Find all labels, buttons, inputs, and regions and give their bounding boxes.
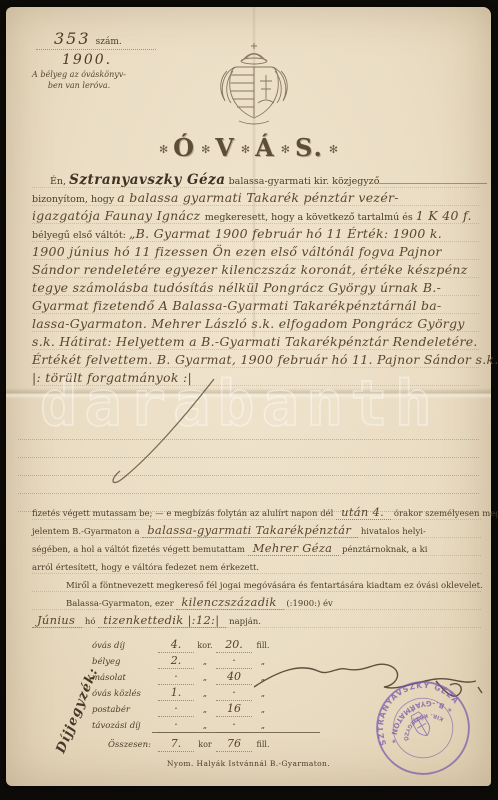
handwritten-segment: Sándor rendeletére egyezer kilenczszáz k…: [32, 262, 468, 277]
text-line: Gyarmat fizetendő A Balassa-Gyarmati Tak…: [32, 296, 479, 314]
handwritten-segment: Gyarmat fizetendő A Balassa-Gyarmati Tak…: [32, 298, 442, 313]
fee-total-label: Összesen:: [108, 738, 158, 753]
blank-rule: [379, 183, 487, 184]
fee-unit-kor: kor: [194, 737, 216, 752]
stamp-duty-note-line2: ben van leróva.: [20, 80, 138, 91]
photo-backdrop: { "photo": { "backdrop_color": "#0d0b08"…: [0, 0, 498, 800]
text-segment: Miről a föntnevezett megkereső fél jogai…: [66, 581, 483, 591]
fee-total-fill: 76: [216, 736, 252, 752]
title-letter: V: [212, 133, 239, 162]
text-line: Miről a föntnevezett megkereső fél jogai…: [32, 574, 481, 592]
pen-stroke: [64, 373, 229, 503]
doc-year: 1900.: [62, 52, 156, 68]
text-segment: órakor személyesen meg-: [391, 509, 498, 519]
text-line: Én, Sztranyavszky Géza balassa-gyarmati …: [32, 170, 479, 188]
text-segment: fizetés végett mutassam be; — e megbízás…: [32, 509, 336, 519]
printer-imprint: Nyom. Halyák Istvánnál B.-Gyarmaton.: [6, 759, 491, 768]
title-letter: Á: [252, 133, 279, 162]
handwritten-segment: balassa-gyarmati Takarékpénztár: [142, 523, 358, 538]
page-title: ✻Ó✻V✻Á✻S.✻: [6, 133, 491, 162]
coat-of-arms-icon: [211, 37, 297, 131]
text-line: bizonyítom, hogy a balassa gyarmati Taka…: [32, 188, 479, 206]
text-line: arról értesített, hogy e váltóra fedezet…: [32, 556, 481, 574]
title-ornament-icon: ✻: [199, 143, 212, 156]
notary-name: Sztranyavszky Géza: [69, 172, 225, 188]
text-line: s.k. Hátirat: Helyettem a B.-Gyarmati Ta…: [32, 332, 479, 350]
text-line: fizetés végett mutassam be; — e megbízás…: [32, 502, 481, 520]
doc-number-line: 353 szám.: [36, 29, 156, 50]
handwritten-segment: kilenczszázadik: [176, 595, 283, 610]
fee-label: távozási díj: [92, 719, 158, 734]
text-line: igazgatója Faunay Ignácz megkeresett, ho…: [32, 206, 479, 224]
text-line: bélyegű első váltót: „B. Gyarmat 1900 fe…: [32, 224, 479, 242]
title-ornament-icon: ✻: [279, 143, 292, 156]
protest-text-lower: fizetés végett mutassam be; — e megbízás…: [32, 502, 481, 628]
title-ornament-icon: ✻: [157, 143, 170, 156]
title-ornament-icon: ✻: [327, 143, 340, 156]
doc-number: 353: [54, 29, 91, 48]
handwritten-segment: lassa-Gyarmaton. Mehrer László s.k. elfo…: [32, 316, 465, 331]
handwritten-segment: tegye számolásba tudósítás nélkül Pongrá…: [32, 280, 441, 295]
document-paper: 353 szám. 1900. A bélyeg az óváskönyv- b…: [6, 7, 491, 786]
handwritten-segment: 1 K 40 f.: [416, 208, 472, 223]
fee-unit-fill: fill.: [252, 737, 274, 752]
text-line: tegye számolásba tudósítás nélkül Pongrá…: [32, 278, 479, 296]
text-line: ségében, a hol a váltót fizetés végett b…: [32, 538, 481, 556]
handwritten-segment: s.k. Hátirat: Helyettem a B.-Gyarmati Ta…: [32, 334, 478, 349]
handwritten-segment: igazgatója Faunay Ignácz: [32, 208, 205, 223]
handwritten-segment: 1900 június hó 11 fizessen Ön ezen első …: [32, 244, 442, 259]
handwritten-segment: tizenkettedik |:12:|: [98, 613, 226, 628]
handwritten-segment: után 4.: [336, 505, 391, 520]
fee-total-kor: 7.: [158, 736, 194, 752]
text-segment: (:1900:) év: [284, 599, 333, 609]
handwritten-segment: Június: [32, 613, 82, 628]
stamp-duty-note-line1: A bélyeg az óváskönyv-: [20, 69, 138, 80]
text-line: lassa-Gyarmaton. Mehrer László s.k. elfo…: [32, 314, 479, 332]
handwritten-segment: Mehrer Géza: [248, 541, 340, 556]
text-line: jelentem B.-Gyarmaton a balassa-gyarmati…: [32, 520, 481, 538]
text-segment: pénztárnoknak, a ki: [339, 545, 427, 555]
protest-text-upper: Én, Sztranyavszky Géza balassa-gyarmati …: [32, 170, 479, 386]
stamp-duty-note: A bélyeg az óváskönyv- ben van leróva.: [20, 69, 138, 91]
title-letter: Ó: [170, 133, 199, 162]
text-segment: megkeresett, hogy a következő tartalmú é…: [205, 212, 416, 223]
text-segment: ségében, a hol a váltót fizetés végett b…: [32, 545, 248, 555]
fee-unit-kor: „: [194, 718, 216, 733]
text-segment: bizonyítom, hogy: [32, 194, 117, 205]
text-segment: hivatalos helyi-: [358, 527, 426, 537]
title-ornament-icon: ✻: [239, 143, 252, 156]
title-letter: S.: [292, 133, 327, 162]
fee-row: távozási díj·„·„: [92, 715, 290, 731]
text-segment: Én,: [50, 176, 69, 187]
text-line: Értékét felvettem. B. Gyarmat, 1900 febr…: [32, 350, 479, 368]
text-segment: arról értesített, hogy e váltóra fedezet…: [32, 563, 259, 573]
handwritten-segment: a balassa gyarmati Takarék pénztár vezér…: [117, 190, 399, 205]
text-segment: jelentem B.-Gyarmaton a: [32, 527, 142, 537]
fee-amount-fill: ·: [216, 717, 252, 733]
doc-number-suffix: szám.: [96, 37, 122, 47]
text-line: 1900 június hó 11 fizessen Ön ezen első …: [32, 242, 479, 260]
text-segment: Balassa-Gyarmaton, ezer: [66, 599, 176, 609]
text-segment: napján.: [226, 617, 261, 627]
doc-number-block: 353 szám. 1900.: [36, 29, 156, 68]
fee-total-row: Összesen:7.kor76fill.: [92, 734, 290, 750]
text-line: Sándor rendeletére egyezer kilenczszáz k…: [32, 260, 479, 278]
text-segment: bélyegű első váltót:: [32, 230, 129, 241]
fee-unit-fill: „: [252, 718, 274, 733]
fee-amount-kor: ·: [158, 717, 194, 733]
text-segment: balassa-gyarmati kir. közjegyző: [226, 176, 380, 187]
handwritten-segment: Értékét felvettem. B. Gyarmat, 1900 febr…: [32, 352, 498, 367]
text-line: Balassa-Gyarmaton, ezer kilenczszázadik …: [32, 592, 481, 610]
text-line: Június hó tizenkettedik |:12:| napján.: [32, 610, 481, 628]
handwritten-segment: „B. Gyarmat 1900 február hó 11 Érték: 19…: [129, 226, 442, 241]
text-segment: hó: [82, 617, 98, 627]
